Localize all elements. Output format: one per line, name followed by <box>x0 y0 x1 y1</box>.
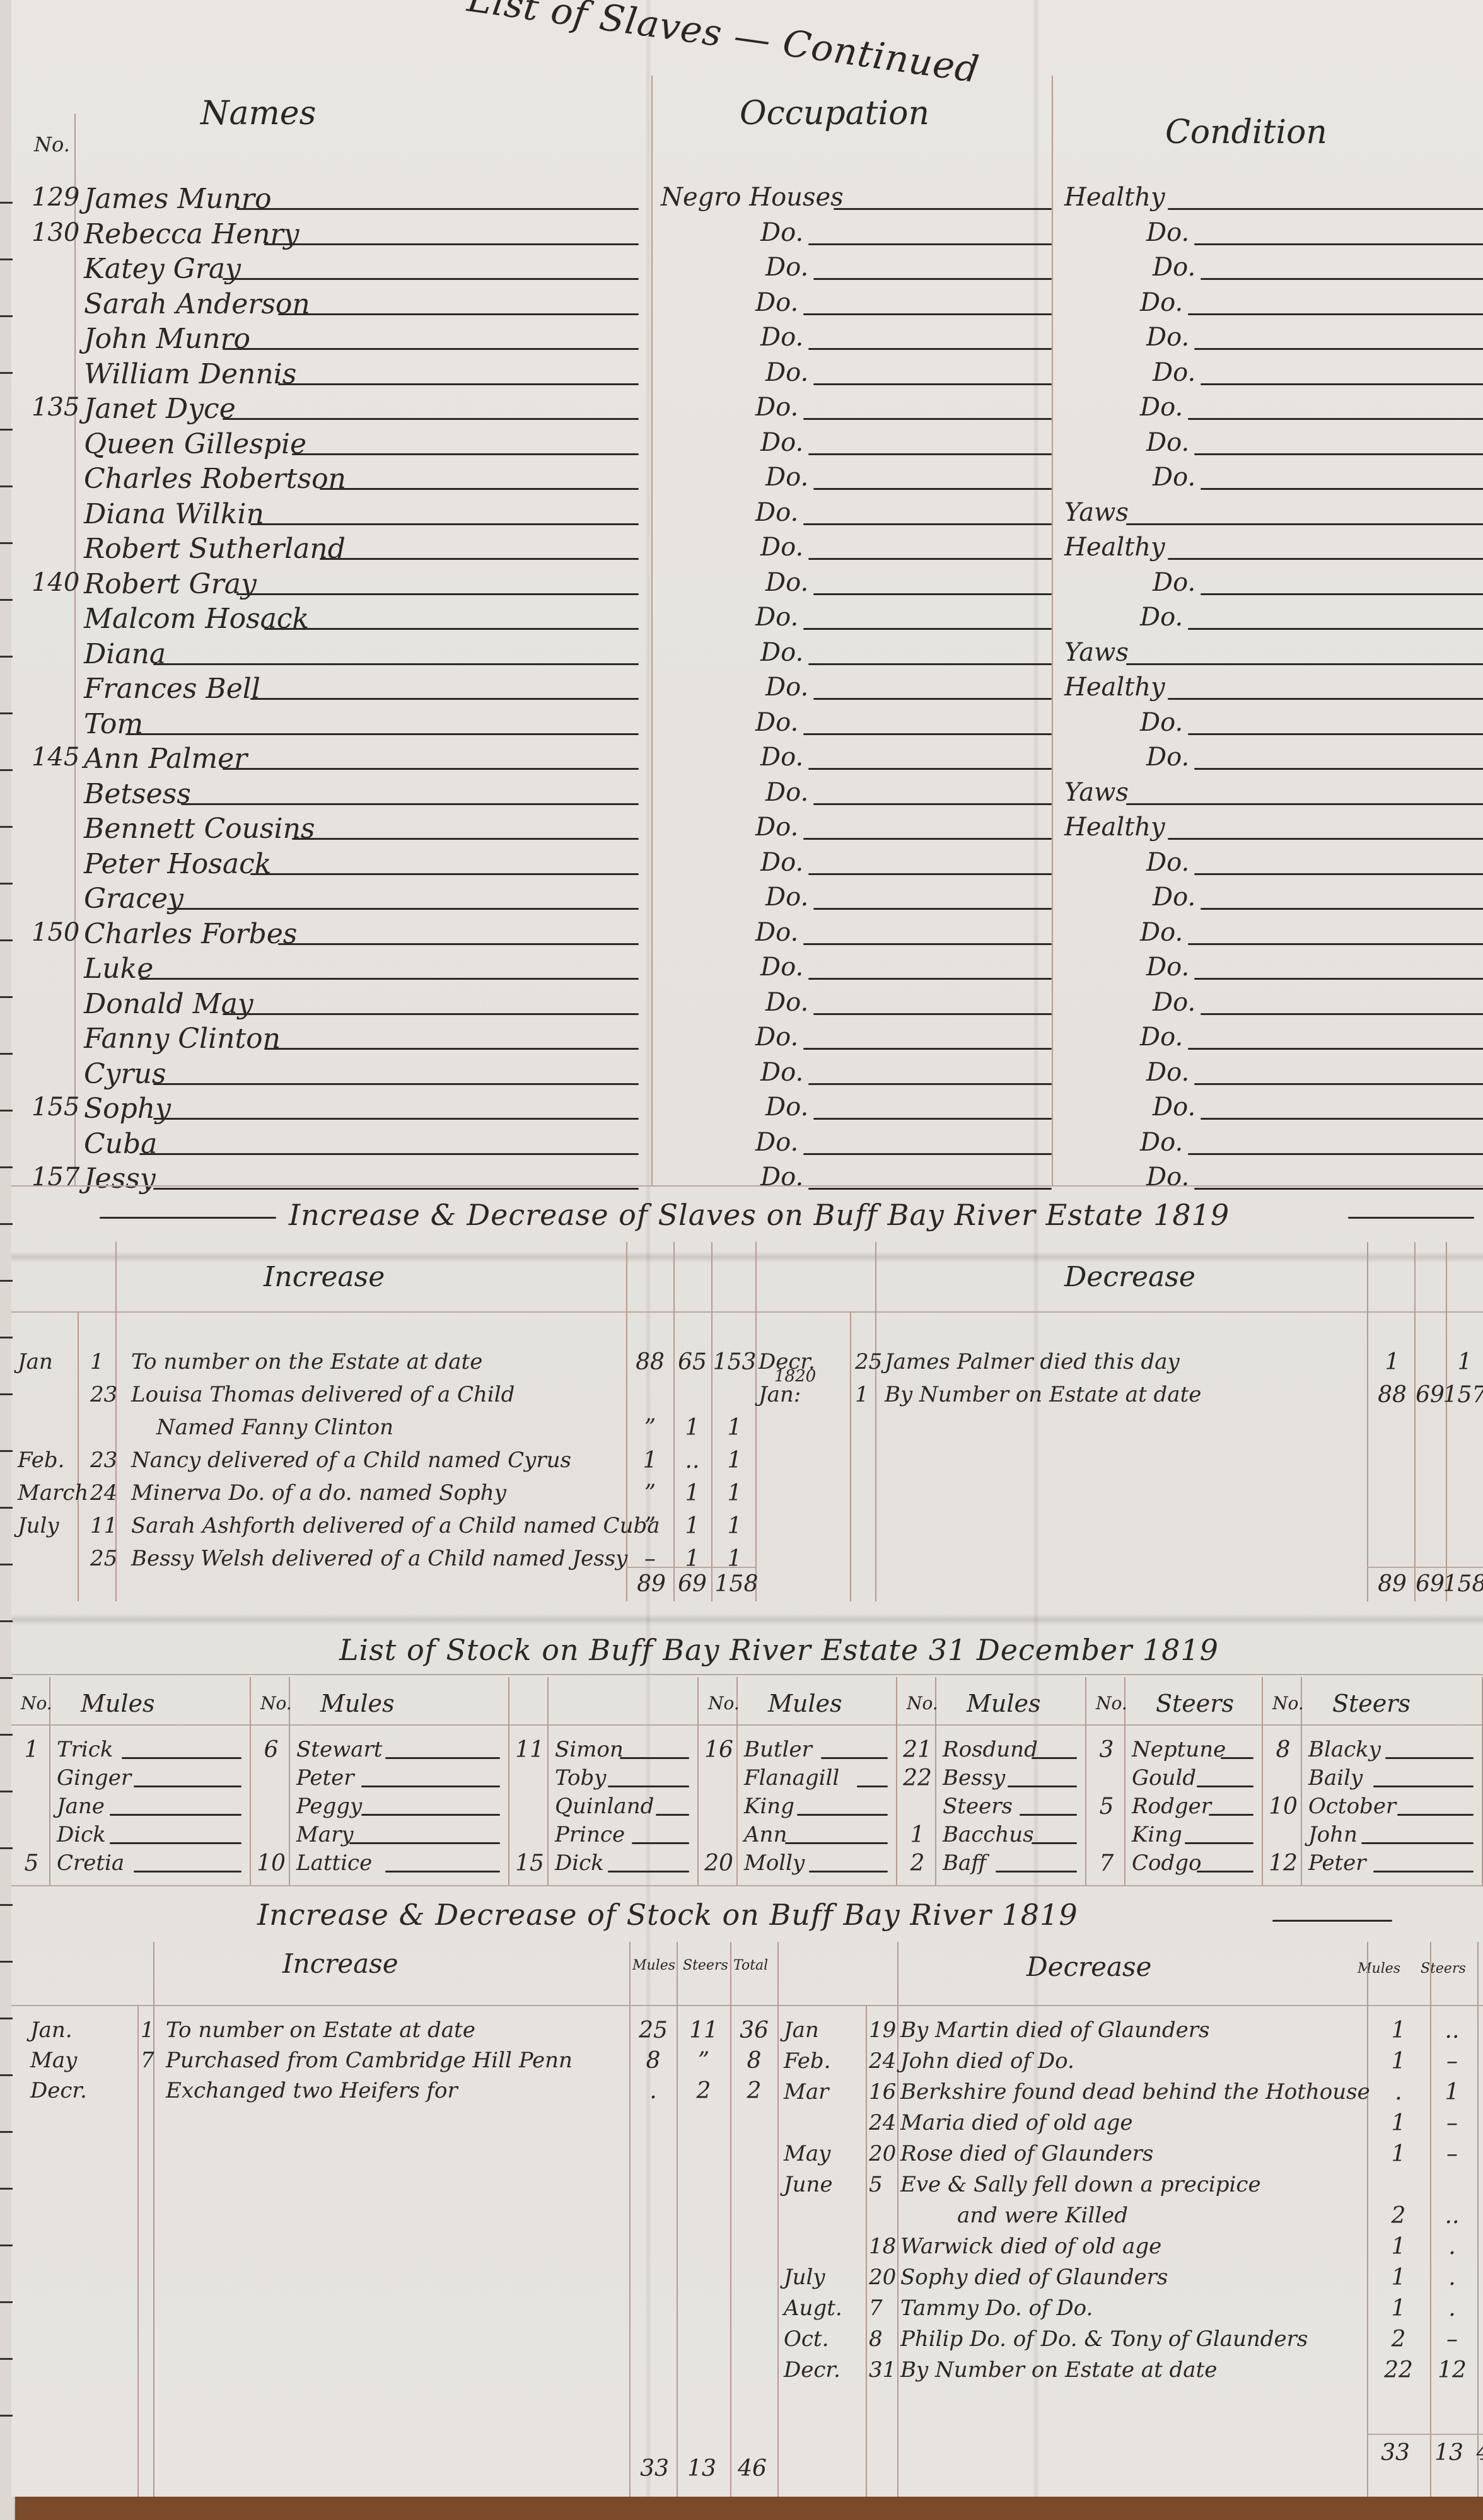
slave-condition: Yaws <box>1064 498 1129 527</box>
condition-fill-line <box>1194 1188 1483 1190</box>
occupation-fill-line <box>803 943 1052 945</box>
stock-number: 10 <box>252 1850 290 1876</box>
slave-name: William Dennis <box>84 358 296 390</box>
name-fill-line <box>153 1083 639 1085</box>
column-rule <box>1446 1242 1447 1601</box>
slave-condition: Healthy <box>1064 673 1165 702</box>
name-fill-line <box>264 628 639 630</box>
entry-total: 8 <box>732 2048 776 2074</box>
entry-day: 20 <box>869 2265 896 2290</box>
entry-mules: 1 <box>1376 2234 1421 2260</box>
name-fill-line <box>236 593 639 595</box>
column-rule <box>677 1942 678 2497</box>
number-header: No. <box>34 132 70 156</box>
stock-movement-title: Increase & Decrease of Stock on Buff Bay… <box>257 1898 1078 1932</box>
slave-number: 155 <box>32 1093 76 1122</box>
slave-row: GraceyDo.Do. <box>11 883 1483 917</box>
condition-fill-line <box>1188 1153 1483 1155</box>
stock-no-header: No. <box>1272 1693 1304 1714</box>
occupation-fill-line <box>813 278 1052 280</box>
slave-name: Fanny Clinton <box>84 1023 281 1055</box>
entry-col1: ” <box>628 1480 672 1506</box>
header-rule <box>11 2005 1483 2006</box>
stock-name: Stewart <box>296 1737 382 1762</box>
slave-occupation: Do. <box>755 813 798 842</box>
occupation-fill-line <box>803 418 1052 420</box>
column-rule <box>1262 1677 1263 1885</box>
slave-occupation: Do. <box>760 1058 803 1087</box>
condition-fill-line <box>1188 418 1483 420</box>
condition-fill-line <box>1201 383 1483 385</box>
entry-mules: 2 <box>1376 2203 1421 2229</box>
slave-occupation: Do. <box>760 218 803 247</box>
entry-description: Warwick died of old age <box>900 2234 1161 2259</box>
condition-fill-line <box>1168 558 1483 560</box>
name-fill-line <box>385 1871 500 1873</box>
column-rule <box>1367 1942 1368 2497</box>
name-fill-line <box>809 1871 888 1873</box>
stock-number: 21 <box>899 1737 936 1763</box>
slave-name: Bennett Cousins <box>84 813 315 845</box>
condition-fill-line <box>1201 1118 1483 1120</box>
entry-description: Sophy died of Glaunders <box>900 2265 1168 2290</box>
slave-name: Rebecca Henry <box>84 218 300 250</box>
slave-name: Gracey <box>84 883 183 915</box>
adjacent-page-line <box>0 2131 13 2133</box>
stock-name: Peter <box>296 1765 354 1791</box>
entry-mules: . <box>1376 2079 1421 2105</box>
column-rule <box>866 2005 867 2497</box>
slave-decrease-header: Decrease <box>1064 1261 1195 1293</box>
entry-description: Exchanged two Heifers for <box>166 2078 458 2103</box>
title-flourish <box>1272 1920 1392 1922</box>
stock-number: 2 <box>899 1850 936 1876</box>
condition-fill-line <box>1194 243 1483 245</box>
slave-name: Charles Robertson <box>84 463 346 495</box>
entry-description: Rose died of Glaunders <box>900 2141 1153 2166</box>
entry-col1: ” <box>628 1415 672 1441</box>
name-fill-line <box>1032 1757 1077 1759</box>
slave-name: Robert Gray <box>84 568 257 600</box>
entry-description: To number on the Estate at date <box>131 1349 482 1374</box>
slave-occupation: Do. <box>760 1163 803 1192</box>
adjacent-page-line <box>0 1053 13 1055</box>
slave-occupation: Do. <box>755 708 798 737</box>
entry-day: 1 <box>90 1349 104 1374</box>
entry-description: By Number on Estate at date <box>885 1382 1201 1407</box>
column-rule <box>1414 1242 1416 1601</box>
slave-row: CubaDo.Do. <box>11 1128 1483 1163</box>
adjacent-page-line <box>0 883 13 885</box>
entry-description: Nancy delivered of a Child named Cyrus <box>131 1448 571 1473</box>
slave-occupation: Do. <box>765 883 808 912</box>
entry-month: Augt. <box>784 2296 842 2321</box>
slave-name: Charles Forbes <box>84 918 297 950</box>
slave-row: John MunroDo.Do. <box>11 323 1483 357</box>
slave-increase-total-3: 158 <box>714 1571 759 1597</box>
slave-occupation: Do. <box>760 953 803 982</box>
entry-day: 11 <box>90 1513 117 1538</box>
name-fill-line <box>1385 1757 1474 1759</box>
name-fill-line <box>292 838 639 840</box>
slave-row: BetsessDo.Yaws <box>11 778 1483 813</box>
condition-fill-line <box>1126 803 1483 805</box>
slave-row: Malcom HosackDo.Do. <box>11 603 1483 637</box>
condition-fill-line <box>1168 208 1483 210</box>
slave-name: Betsess <box>84 778 191 810</box>
adjacent-page-line <box>0 1337 13 1338</box>
name-fill-line <box>785 1842 888 1844</box>
entry-description: and were Killed <box>957 2203 1128 2228</box>
adjacent-page-line <box>0 315 13 317</box>
entry-month: Mar <box>784 2079 829 2105</box>
slave-condition: Do. <box>1140 1128 1183 1157</box>
slave-row: CyrusDo.Do. <box>11 1058 1483 1093</box>
stock-column-header: Mules <box>320 1690 395 1717</box>
adjacent-page-line <box>0 826 13 828</box>
occupation-fill-line <box>813 908 1052 910</box>
slave-number: 157 <box>32 1163 76 1192</box>
entry-month: Feb. <box>784 2048 830 2074</box>
name-fill-line <box>250 698 639 700</box>
name-fill-line <box>250 523 639 525</box>
name-fill-line <box>1197 1785 1253 1787</box>
name-fill-line <box>134 1785 241 1787</box>
stock-column-header: Mules <box>967 1690 1041 1717</box>
condition-fill-line <box>1201 908 1483 910</box>
entry-day: 24 <box>869 2048 896 2074</box>
slave-list-title: List of Slaves — Continued <box>465 0 982 91</box>
name-fill-line <box>278 383 639 385</box>
entry-description: Louisa Thomas delivered of a Child <box>131 1382 515 1407</box>
column-rule <box>850 1311 851 1601</box>
name-fill-line <box>292 453 639 455</box>
stock-name: Rosdund <box>943 1737 1038 1762</box>
slave-occupation: Do. <box>760 428 803 457</box>
name-fill-line <box>264 243 639 245</box>
name-fill-line <box>320 488 639 490</box>
name-fill-line <box>857 1785 888 1787</box>
entry-steers: . <box>1430 2296 1474 2321</box>
occupation-fill-line <box>803 838 1052 840</box>
stock-name: Simon <box>555 1737 624 1762</box>
steers-col-header: Steers <box>683 1958 728 1973</box>
adjacent-page-line <box>0 1564 13 1565</box>
entry-day: 7 <box>141 2048 154 2073</box>
stock-name: Ann <box>744 1822 787 1847</box>
adjacent-page-line <box>0 599 13 601</box>
entry-day: 23 <box>90 1382 117 1407</box>
stock-number: 3 <box>1088 1737 1125 1763</box>
slave-name: Ann Palmer <box>84 743 247 775</box>
slave-name: Malcom Hosack <box>84 603 309 635</box>
occupation-fill-line <box>813 383 1052 385</box>
slave-condition: Do. <box>1146 218 1189 247</box>
stock-name: Flanagill <box>744 1765 839 1791</box>
condition-fill-line <box>1126 523 1483 525</box>
entry-col1: 1 <box>628 1448 672 1473</box>
slave-row: 150Charles ForbesDo.Do. <box>11 918 1483 953</box>
column-rule <box>875 1242 876 1601</box>
slave-row: Fanny ClintonDo.Do. <box>11 1023 1483 1057</box>
name-fill-line <box>361 1814 500 1816</box>
entry-steers: 11 <box>682 2018 726 2043</box>
slave-condition: Do. <box>1146 1058 1189 1087</box>
stock-name: Baff <box>943 1850 986 1876</box>
slave-row: TomDo.Do. <box>11 708 1483 743</box>
entry-day: 18 <box>869 2234 896 2259</box>
stock-name: Codgo <box>1132 1850 1201 1876</box>
slave-name: Jessy <box>84 1163 156 1195</box>
entry-day: 5 <box>869 2172 883 2197</box>
entry-description: Bessy Welsh delivered of a Child named J… <box>131 1546 627 1571</box>
entry-description: Maria died of old age <box>900 2110 1133 2135</box>
slave-name: Frances Bell <box>84 673 260 705</box>
stock-name: Butler <box>744 1737 812 1762</box>
name-fill-line <box>608 1871 689 1873</box>
slave-condition: Do. <box>1153 253 1195 282</box>
name-fill-line <box>1020 1814 1077 1816</box>
condition-fill-line <box>1188 733 1483 735</box>
stock-number: 6 <box>252 1737 290 1763</box>
entry-month: Jan <box>784 2018 819 2043</box>
column-rule <box>1477 1942 1479 2497</box>
occupation-fill-line <box>813 593 1052 595</box>
name-fill-line <box>632 1842 689 1844</box>
slave-name: Robert Sutherland <box>84 533 346 565</box>
stock-name: Gould <box>1132 1765 1196 1791</box>
slave-condition: Do. <box>1140 918 1183 947</box>
stock-name: Blacky <box>1308 1737 1381 1762</box>
slave-row: Peter HosackDo.Do. <box>11 848 1483 883</box>
title-flourish <box>1348 1217 1474 1219</box>
total-rule <box>626 1567 755 1568</box>
slave-name: Peter Hosack <box>84 848 271 880</box>
adjacent-page-line <box>0 2018 13 2019</box>
slave-number: 145 <box>32 743 76 772</box>
names-header: Names <box>201 95 316 132</box>
condition-fill-line <box>1201 278 1483 280</box>
slave-condition: Do. <box>1146 848 1189 877</box>
total-rule <box>1367 2434 1483 2435</box>
stock-name: Lattice <box>296 1850 372 1876</box>
entry-month: Jan: <box>759 1382 801 1407</box>
entry-month: May <box>30 2048 77 2073</box>
slave-increase-total-2: 69 <box>670 1571 714 1597</box>
header-rule <box>11 1674 1483 1675</box>
stock-name: King <box>1132 1822 1182 1847</box>
slave-row: 140Robert GrayDo.Do. <box>11 568 1483 603</box>
column-rule <box>697 1677 699 1885</box>
slave-condition: Do. <box>1153 568 1195 597</box>
column-rule <box>1367 1242 1368 1601</box>
stock-column-header: Steers <box>1156 1690 1234 1717</box>
adjacent-page-line <box>0 542 13 544</box>
entry-day: 16 <box>869 2079 896 2105</box>
slave-occupation: Do. <box>755 918 798 947</box>
stock-decrease-total-mules: 33 <box>1373 2440 1417 2466</box>
slave-name: Sophy <box>84 1093 171 1125</box>
stock-name: John <box>1308 1822 1358 1847</box>
condition-fill-line <box>1194 1083 1483 1085</box>
name-fill-line <box>1373 1871 1474 1873</box>
entry-steers: 2 <box>682 2078 726 2104</box>
name-fill-line <box>1209 1814 1253 1816</box>
entry-mules: 1 <box>1376 2110 1421 2136</box>
stock-name: Toby <box>555 1765 606 1791</box>
slave-row: Sarah AndersonDo.Do. <box>11 288 1483 323</box>
entry-month: Decr. <box>784 2357 840 2383</box>
occupation-fill-line <box>808 453 1052 455</box>
slave-row: Diana WilkinDo.Yaws <box>11 498 1483 533</box>
entry-day: 1 <box>141 2018 154 2043</box>
entry-col1: 88 <box>628 1349 672 1375</box>
occupation-fill-line <box>813 1118 1052 1120</box>
entry-col2: 1 <box>670 1480 714 1506</box>
occupation-fill-line <box>808 558 1052 560</box>
entry-total: 36 <box>732 2018 776 2043</box>
entry-month: Jan. <box>30 2018 73 2043</box>
name-fill-line <box>181 803 639 805</box>
slave-row: Frances BellDo.Healthy <box>11 673 1483 707</box>
name-fill-line <box>361 1785 500 1787</box>
slave-row: DianaDo.Yaws <box>11 638 1483 673</box>
condition-fill-line <box>1168 698 1483 700</box>
total-rule <box>1367 1567 1483 1568</box>
condition-fill-line <box>1194 453 1483 455</box>
slave-condition: Do. <box>1140 288 1183 317</box>
condition-fill-line <box>1201 593 1483 595</box>
slave-row: Katey GrayDo.Do. <box>11 253 1483 287</box>
entry-description: To number on Estate at date <box>166 2018 475 2043</box>
entry-mules: . <box>631 2078 675 2104</box>
stock-name: Cretia <box>57 1850 124 1876</box>
stock-name: Ginger <box>57 1765 131 1791</box>
entry-description: By Number on Estate at date <box>900 2357 1217 2383</box>
stock-name: Dick <box>555 1850 604 1876</box>
entry-col1: 1 <box>1370 1349 1414 1375</box>
adjacent-page-line <box>0 2415 13 2417</box>
slave-row: Charles RobertsonDo.Do. <box>11 463 1483 497</box>
adjacent-page-line <box>0 1110 13 1112</box>
condition-fill-line <box>1194 978 1483 980</box>
condition-fill-line <box>1188 1048 1483 1050</box>
adjacent-page-line <box>0 2074 13 2076</box>
entry-description: Sarah Ashforth delivered of a Child name… <box>131 1513 660 1538</box>
adjacent-page-line <box>0 372 13 374</box>
entry-description: Named Fanny Clinton <box>156 1415 393 1440</box>
slave-increase-header: Increase <box>264 1261 385 1293</box>
occupation-fill-line <box>813 488 1052 490</box>
entry-month: June <box>784 2172 833 2197</box>
slave-name: Janet Dyce <box>84 393 236 425</box>
slave-occupation: Do. <box>755 1128 798 1157</box>
name-fill-line <box>223 348 639 350</box>
slave-occupation: Do. <box>765 778 808 807</box>
stock-number: 15 <box>511 1850 549 1876</box>
adjacent-page-line <box>0 258 13 260</box>
name-fill-line <box>1221 1757 1253 1759</box>
slave-row: LukeDo.Do. <box>11 953 1483 987</box>
stock-column-header: Mules <box>768 1690 842 1717</box>
occupation-fill-line <box>803 1153 1052 1155</box>
adjacent-page-line <box>0 429 13 431</box>
slave-condition: Healthy <box>1064 533 1165 562</box>
condition-fill-line <box>1201 488 1483 490</box>
slave-occupation: Do. <box>765 253 808 282</box>
slave-condition: Do. <box>1146 953 1189 982</box>
adjacent-page-line <box>0 2358 13 2360</box>
slave-condition: Do. <box>1146 743 1189 772</box>
stock-no-header: No. <box>260 1693 292 1714</box>
entry-col2: .. <box>670 1448 714 1473</box>
entry-col3: 157 <box>1443 1382 1483 1408</box>
entry-col2: 1 <box>670 1513 714 1539</box>
entry-col3: 1 <box>712 1480 757 1506</box>
stock-name: Bessy <box>943 1765 1005 1791</box>
name-fill-line <box>153 1118 639 1120</box>
stock-decrease-header: Decrease <box>1026 1951 1151 1982</box>
stock-name: Quinland <box>555 1794 654 1819</box>
entry-month: Feb. <box>18 1448 64 1473</box>
entry-month: July <box>18 1513 59 1538</box>
adjacent-page-line <box>0 1223 13 1225</box>
adjacent-page-line <box>0 712 13 714</box>
stock-number: 5 <box>13 1850 50 1876</box>
adjacent-page-line <box>0 2188 13 2190</box>
slave-name: Luke <box>84 953 153 985</box>
condition-fill-line <box>1201 1013 1483 1015</box>
adjacent-page-line <box>0 1847 13 1849</box>
column-rule <box>137 2005 139 2497</box>
entry-day: 31 <box>869 2357 896 2383</box>
stock-list-title: List of Stock on Buff Bay River Estate 3… <box>339 1633 1219 1667</box>
name-fill-line <box>385 1757 500 1759</box>
slave-row: William DennisDo.Do. <box>11 358 1483 393</box>
entry-mules: 1 <box>1376 2018 1421 2043</box>
slave-name: Tom <box>84 708 143 740</box>
stock-number: 1 <box>13 1737 50 1763</box>
entry-description: Purchased from Cambridge Hill Penn <box>166 2048 573 2073</box>
column-rule <box>730 1942 731 2497</box>
stock-no-header: No. <box>21 1693 52 1714</box>
slave-condition: Do. <box>1140 603 1183 632</box>
slave-name: Cuba <box>84 1128 157 1160</box>
name-fill-line <box>349 1842 500 1844</box>
stock-number: 1 <box>899 1822 936 1848</box>
slave-occupation: Do. <box>755 603 798 632</box>
stock-number: 7 <box>1088 1850 1125 1876</box>
name-fill-line <box>223 768 639 770</box>
entry-description: By Martin died of Glaunders <box>900 2018 1209 2043</box>
stock-number: 20 <box>700 1850 738 1876</box>
stock-name: Rodger <box>1132 1794 1211 1819</box>
slave-name: Diana <box>84 638 166 670</box>
stock-no-header: No. <box>1096 1693 1127 1714</box>
entry-steers: 1 <box>1430 2079 1474 2105</box>
entry-col3: 1 <box>1443 1349 1483 1375</box>
entry-description: John died of Do. <box>900 2048 1074 2074</box>
adjacent-page-line <box>0 769 13 771</box>
name-fill-line <box>278 943 639 945</box>
slave-occupation: Do. <box>765 673 808 702</box>
adjacent-page-line <box>0 1450 13 1452</box>
entry-steers: – <box>1430 2110 1474 2136</box>
name-fill-line <box>223 1013 639 1015</box>
entry-col1: ” <box>628 1513 672 1539</box>
slave-decrease-total-3: 158 <box>1443 1571 1483 1597</box>
name-fill-line <box>1008 1785 1077 1787</box>
